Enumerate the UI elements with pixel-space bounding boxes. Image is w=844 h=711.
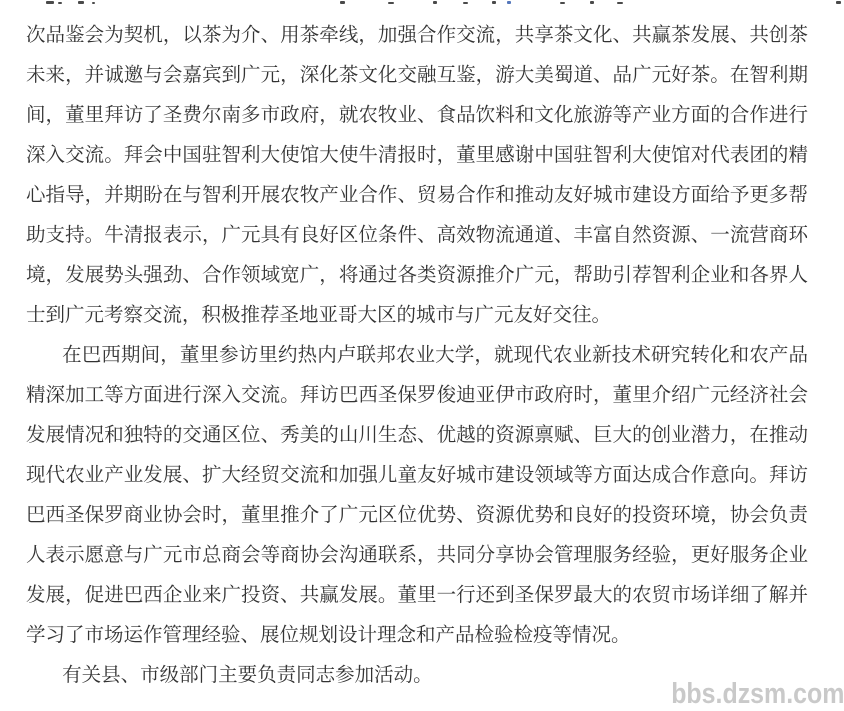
clipped-text-remnants (0, 0, 844, 8)
article-paragraph: 在巴西期间，董里参访里约热内卢联邦农业大学，就现代农业新技术研究转化和农产品精深… (26, 335, 808, 655)
article-paragraph: 次品鉴会为契机，以茶为介、用茶牵线，加强合作交流，共享茶文化、共赢茶发展、共创茶… (26, 15, 808, 335)
article-body: 次品鉴会为契机，以茶为介、用茶牵线，加强合作交流，共享茶文化、共赢茶发展、共创茶… (26, 15, 808, 695)
site-watermark: bbs.dzsm.com (671, 680, 844, 709)
